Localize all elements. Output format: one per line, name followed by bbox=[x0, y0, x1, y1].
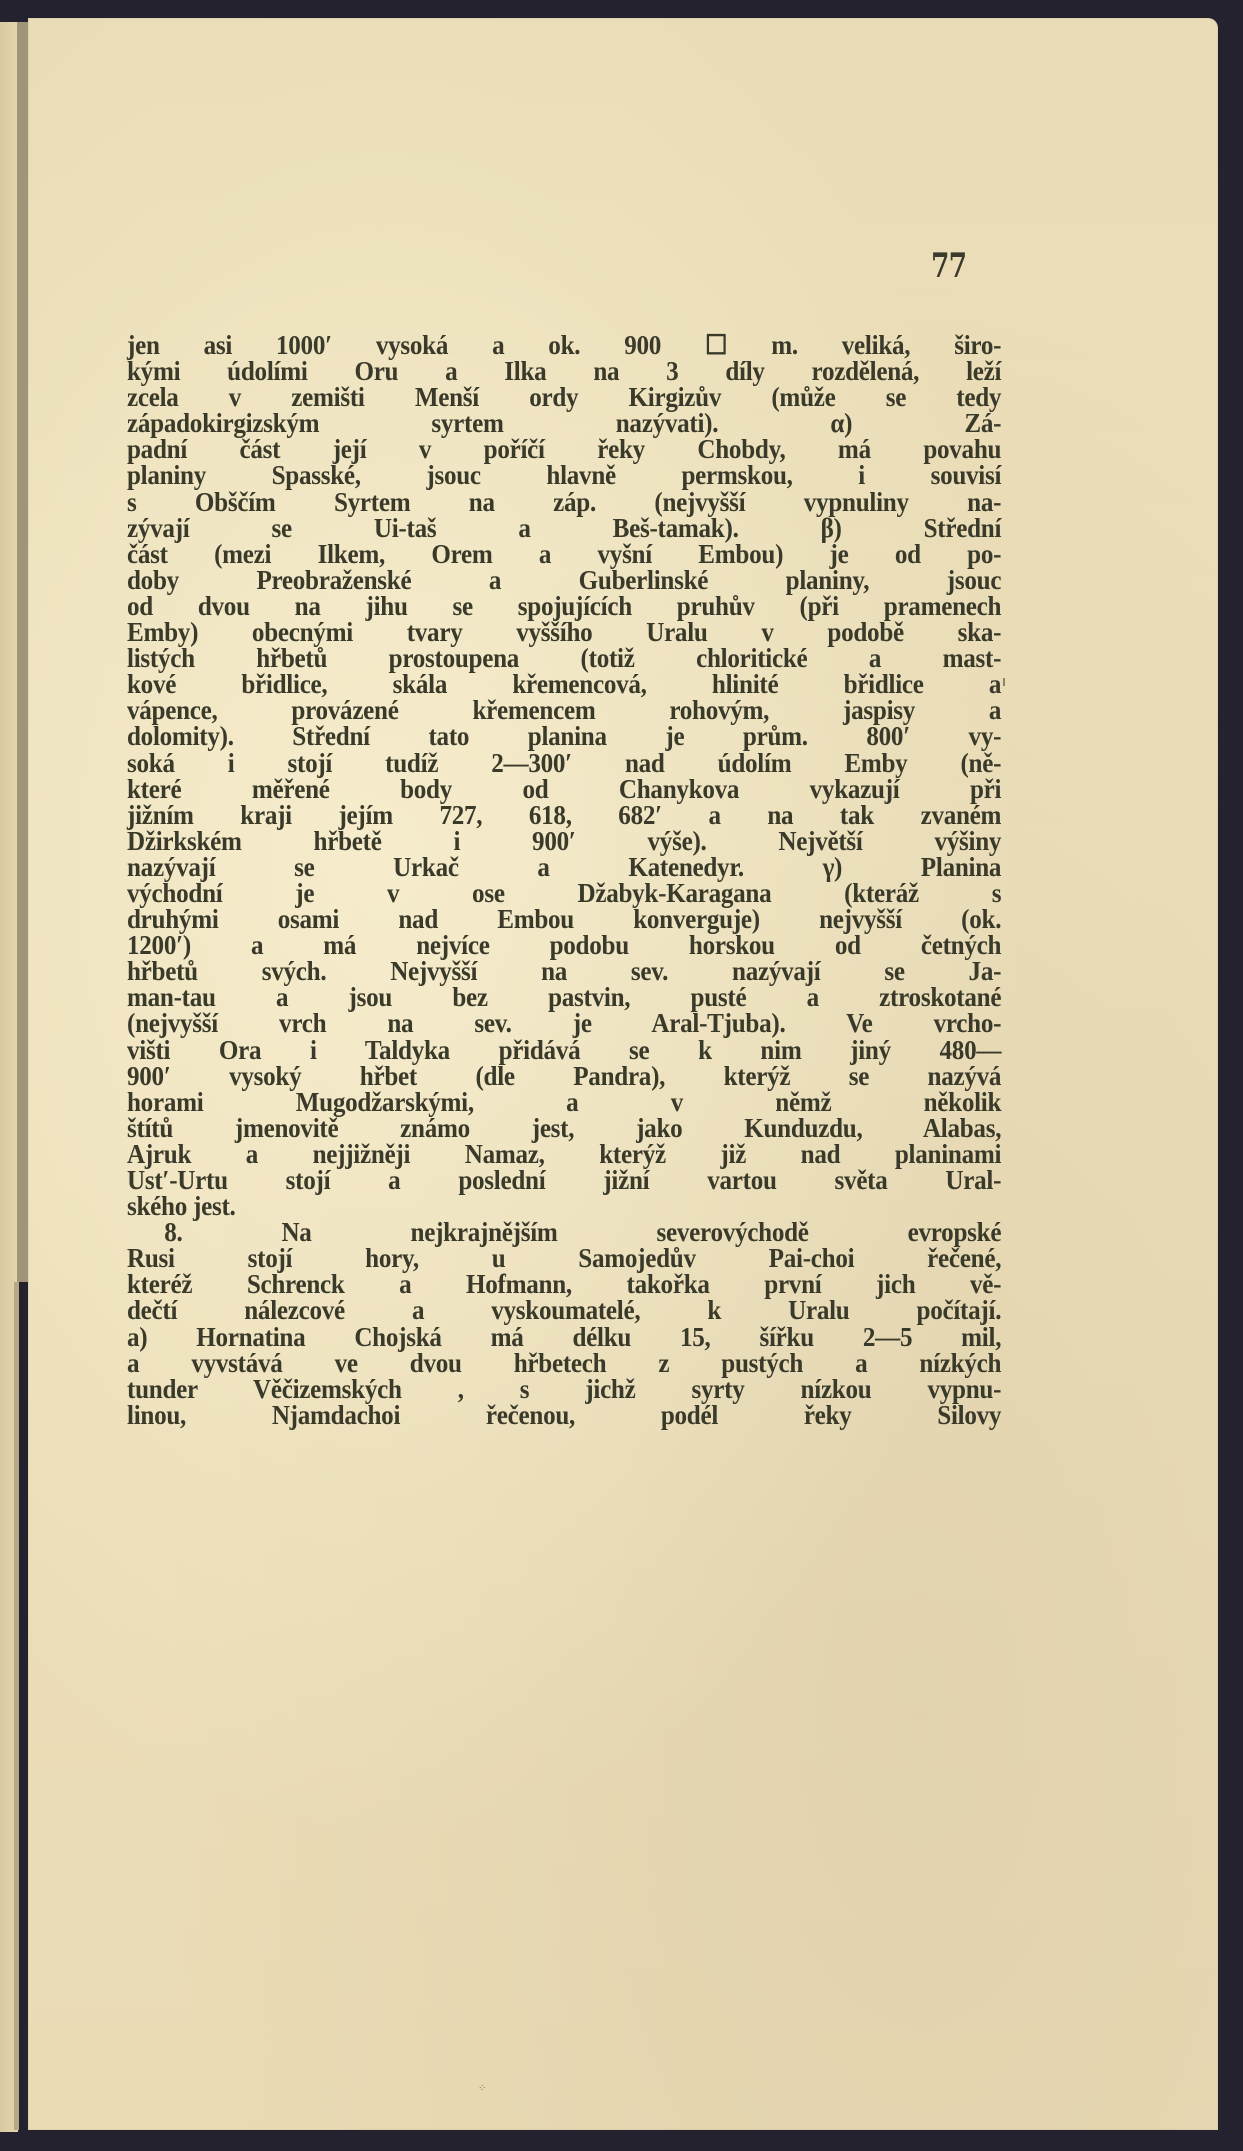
page-number: 77 bbox=[931, 246, 966, 286]
text-line: hřbetů svých. Nejvyšší na sev. nazývají … bbox=[127, 958, 1001, 984]
body-text: jen asi 1000′ vysoká a ok. 900 ☐ m. veli… bbox=[127, 332, 1002, 1428]
text-line: tunder Věčizemských , s jichž syrty nízk… bbox=[127, 1376, 1001, 1402]
text-line: višti Ora i Taldyka přidává se k nim jin… bbox=[127, 1037, 1001, 1063]
text-line: druhými osami nad Embou konverguje) nejv… bbox=[127, 906, 1001, 932]
text-line: Ajruk a nejjižněji Namaz, kterýž již nad… bbox=[127, 1141, 1001, 1167]
text-line: kými údolími Oru a Ilka na 3 díly rozděl… bbox=[127, 358, 1001, 384]
text-line: zývají se Ui-taš a Beš-tamak). β) Středn… bbox=[127, 515, 1001, 541]
text-line: dečtí nálezcové a vyskoumatelé, k Uralu … bbox=[127, 1297, 1001, 1323]
text-line: kteréž Schrenck a Hofmann, takořka první… bbox=[127, 1271, 1001, 1297]
text-line: štítů jmenovitě známo jest, jako Kunduzd… bbox=[127, 1115, 1001, 1141]
scanned-book-page: 77 jen asi 1000′ vysoká a ok. 900 ☐ m. v… bbox=[0, 0, 1243, 2151]
paragraph-end-line: ského jest. bbox=[127, 1193, 1001, 1219]
text-line: soká i stojí tudíž 2—300′ nad údolím Emb… bbox=[127, 750, 1001, 776]
text-line: zcela v zemišti Menší ordy Kirgizův (můž… bbox=[127, 384, 1001, 410]
paper-blemish bbox=[1003, 678, 1005, 686]
book-gutter-shadow-lower bbox=[14, 1282, 19, 2130]
text-line: a) Hornatina Chojská má délku 15, šířku … bbox=[127, 1324, 1001, 1350]
text-line: jižním kraji jejím 727, 618, 682′ a na t… bbox=[127, 802, 1001, 828]
text-line: od dvou na jihu se spojujících pruhův (p… bbox=[127, 593, 1001, 619]
text-line: západokirgizským syrtem nazývati). α) Zá… bbox=[127, 410, 1001, 436]
text-line: jen asi 1000′ vysoká a ok. 900 ☐ m. veli… bbox=[127, 332, 1001, 358]
text-line: (nejvyšší vrch na sev. je Aral-Tjuba). V… bbox=[127, 1010, 1001, 1036]
text-line: listých hřbetů prostoupena (totiž chlori… bbox=[127, 645, 1001, 671]
text-line: padní část její v poříčí řeky Chobdy, má… bbox=[127, 436, 1001, 462]
text-line: Emby) obecnými tvary vyššího Uralu v pod… bbox=[127, 619, 1001, 645]
text-line: východní je v ose Džabyk-Karagana (která… bbox=[127, 880, 1001, 906]
text-line: vápence, provázené křemencem rohovým, ja… bbox=[127, 697, 1001, 723]
text-line: Ust′-Urtu stojí a poslední jižní vartou … bbox=[127, 1167, 1001, 1193]
text-line: 1200′) a má nejvíce podobu horskou od če… bbox=[127, 932, 1001, 958]
text-line: Džirkském hřbetě i 900′ výše). Největší … bbox=[127, 828, 1001, 854]
text-line: které měřené body od Chanykova vykazují … bbox=[127, 776, 1001, 802]
text-line: Rusi stojí hory, u Samojedův Pai-choi ře… bbox=[127, 1245, 1001, 1271]
text-line: s Obščím Syrtem na záp. (nejvyšší vypnul… bbox=[127, 489, 1001, 515]
text-line: man-tau a jsou bez pastvin, pusté a ztro… bbox=[127, 984, 1001, 1010]
text-line: horami Mugodžarskými, a v němž několik bbox=[127, 1089, 1001, 1115]
text-line: a vyvstává ve dvou hřbetech z pustých a … bbox=[127, 1350, 1001, 1376]
text-line: linou, Njamdachoi řečenou, podél řeky Si… bbox=[127, 1402, 1001, 1428]
text-line: doby Preobraženské a Guberlinské planiny… bbox=[127, 567, 1001, 593]
text-line: kové břidlice, skála křemencová, hlinité… bbox=[127, 671, 1001, 697]
text-line: 900′ vysoký hřbet (dle Pandra), kterýž s… bbox=[127, 1063, 1001, 1089]
text-line: dolomity). Střední tato planina je prům.… bbox=[127, 723, 1001, 749]
ink-speck: ⁘ bbox=[478, 2083, 492, 2093]
page-sheet: 77 jen asi 1000′ vysoká a ok. 900 ☐ m. v… bbox=[28, 18, 1218, 2130]
text-line: část (mezi Ilkem, Orem a vyšní Embou) je… bbox=[127, 541, 1001, 567]
text-line: planiny Spasské, jsouc hlavně permskou, … bbox=[127, 462, 1001, 488]
section-start-line: 8. Na nejkrajnějším severovýchodě evrops… bbox=[127, 1219, 1001, 1245]
text-line: nazývají se Urkač a Katenedyr. γ) Planin… bbox=[127, 854, 1001, 880]
